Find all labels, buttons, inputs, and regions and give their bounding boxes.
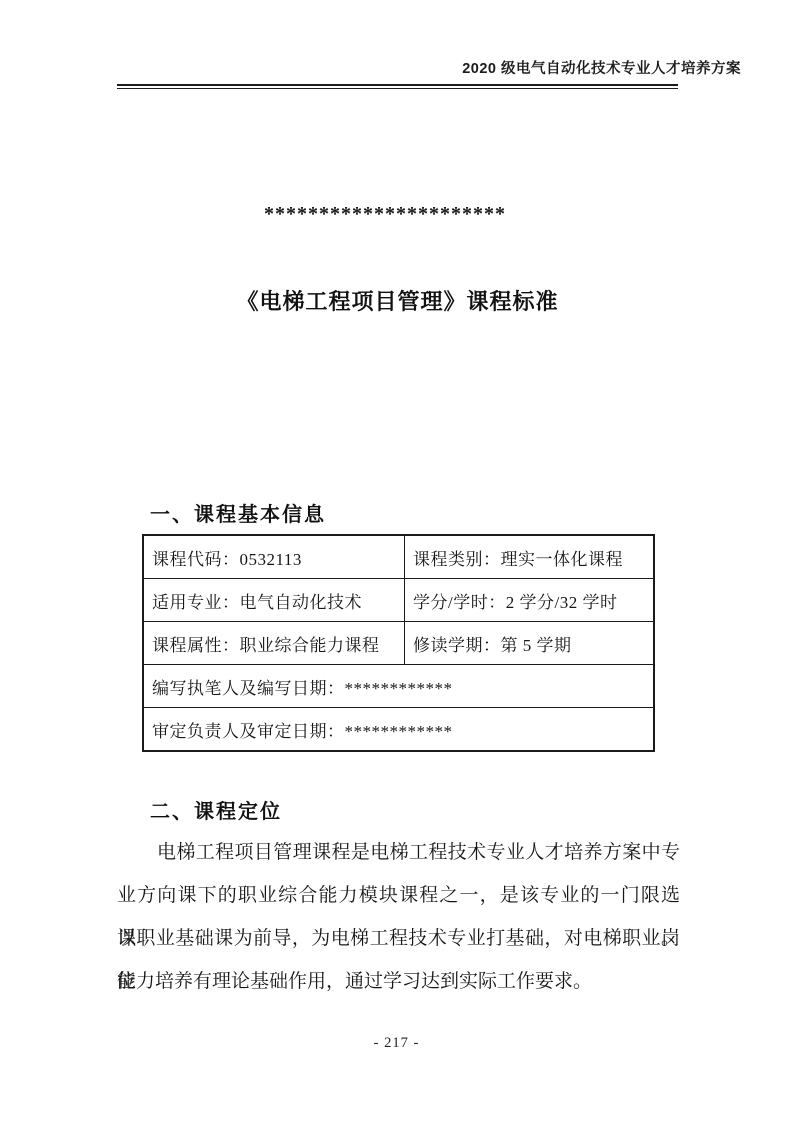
- table-cell-semester: 修读学期：第 5 学期: [405, 622, 655, 665]
- paragraph-line: 业方向课下的职业综合能力模块课程之一，是该专业的一门限选课。: [117, 874, 680, 917]
- table-row-course-code: 课程代码：0532113 课程类别：理实一体化课程: [143, 535, 654, 579]
- table-cell-applicable-major: 适用专业：电气自动化技术: [143, 579, 405, 622]
- course-positioning-paragraph: 电梯工程项目管理课程是电梯工程技术专业人才培养方案中专 业方向课下的职业综合能力…: [117, 831, 680, 1003]
- table-cell-course-category: 课程类别：理实一体化课程: [405, 535, 655, 579]
- course-info-table: 课程代码：0532113 课程类别：理实一体化课程 适用专业：电气自动化技术 学…: [142, 534, 655, 752]
- table-cell-reviewer-date: 审定负责人及审定日期：************: [143, 708, 654, 752]
- table-cell-course-attribute: 课程属性：职业综合能力课程: [143, 622, 405, 665]
- table-cell-author-date: 编写执笔人及编写日期：************: [143, 665, 654, 708]
- document-page: 2020 级电气自动化技术专业人才培养方案 ******************…: [0, 0, 793, 1122]
- footer-page-number: - 217 -: [0, 1035, 793, 1052]
- asterisk-divider: **********************: [117, 203, 653, 226]
- header-double-rule: [117, 84, 678, 89]
- table-row-major: 适用专业：电气自动化技术 学分/学时：2 学分/32 学时: [143, 579, 654, 622]
- paragraph-line: 能力培养有理论基础作用，通过学习达到实际工作要求。: [117, 960, 680, 1003]
- paragraph-line: 电梯工程项目管理课程是电梯工程技术专业人才培养方案中专: [117, 831, 680, 874]
- document-title: 《电梯工程项目管理》课程标准: [117, 285, 678, 316]
- page-header-text: 2020 级电气自动化技术专业人才培养方案: [462, 57, 741, 78]
- table-row-author: 编写执笔人及编写日期：************: [143, 665, 654, 708]
- section-heading-basic-info: 一、课程基本信息: [150, 498, 326, 527]
- table-row-reviewer: 审定负责人及审定日期：************: [143, 708, 654, 752]
- table-cell-credits-hours: 学分/学时：2 学分/32 学时: [405, 579, 655, 622]
- paragraph-line: 以职业基础课为前导，为电梯工程技术专业打基础，对电梯职业岗位: [117, 917, 680, 960]
- table-row-attribute: 课程属性：职业综合能力课程 修读学期：第 5 学期: [143, 622, 654, 665]
- section-heading-positioning: 二、课程定位: [150, 795, 282, 824]
- table-cell-course-code: 课程代码：0532113: [143, 535, 405, 579]
